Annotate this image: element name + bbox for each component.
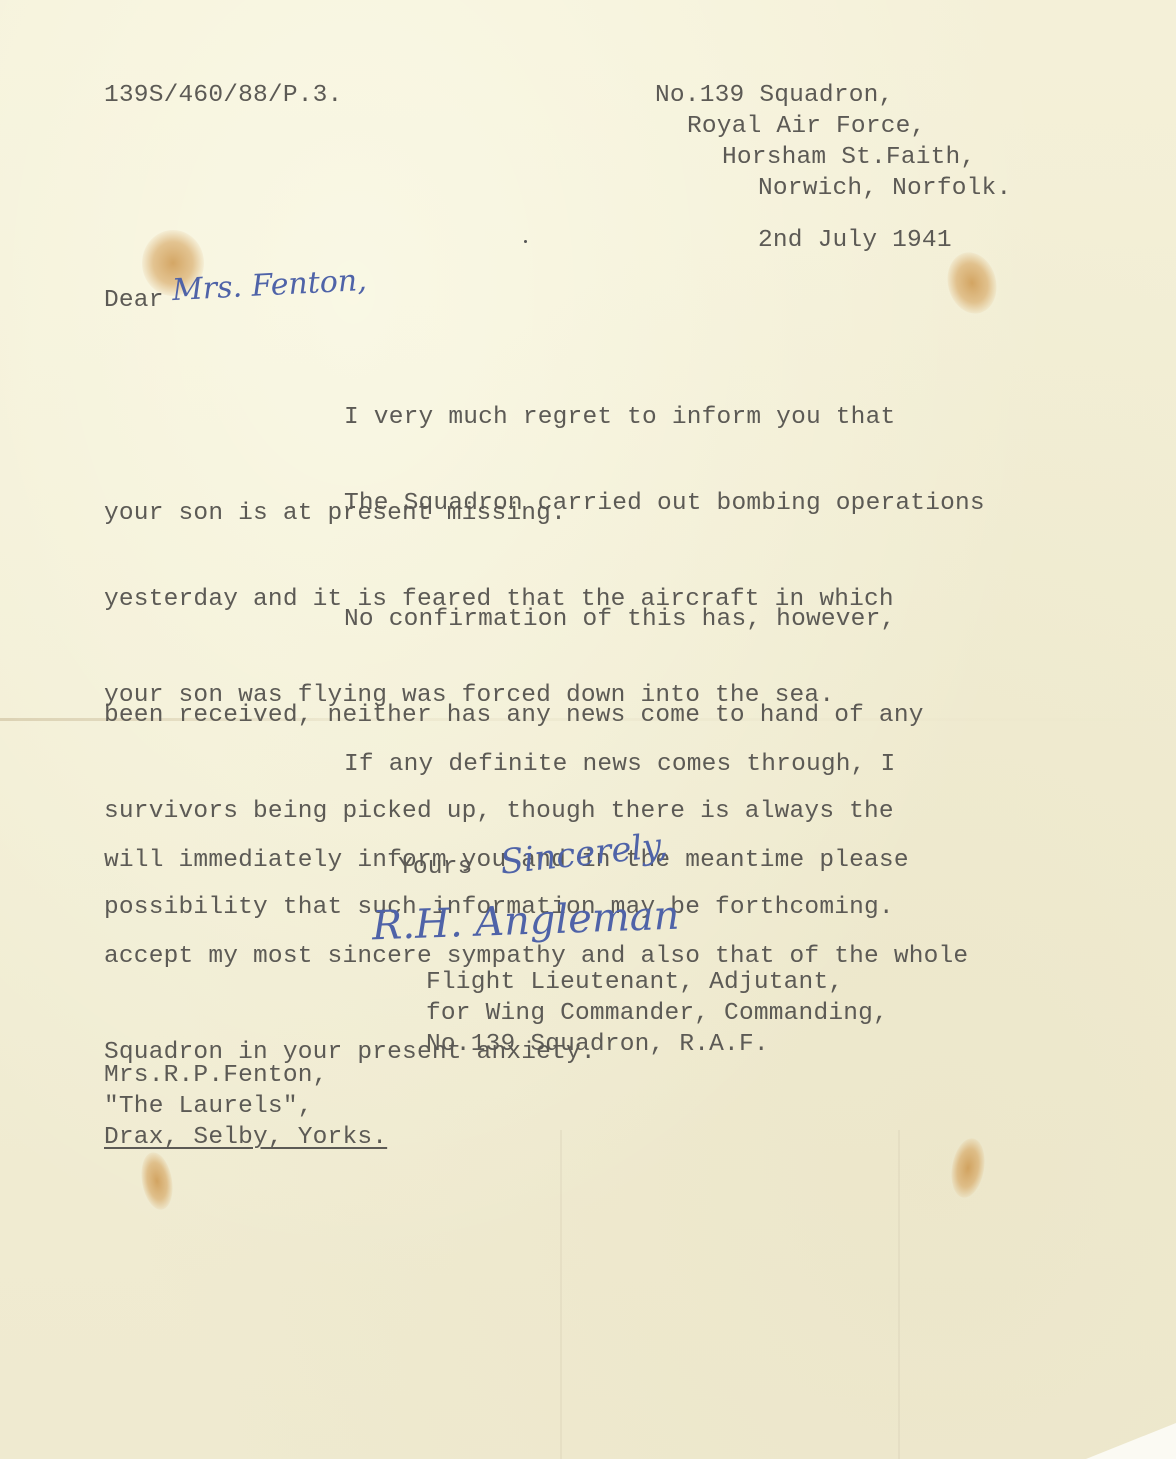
body-line: The Squadron carried out bombing operati… xyxy=(104,488,985,520)
salutation-typed: Dear xyxy=(104,285,164,317)
vertical-fold-crease xyxy=(560,1130,562,1459)
sender-address-line: No.139 Squadron, xyxy=(655,80,893,112)
recipient-address-line: "The Laurels", xyxy=(104,1091,313,1123)
recipient-address-line: Drax, Selby, Yorks. xyxy=(104,1122,387,1154)
body-line: No confirmation of this has, however, xyxy=(104,604,924,636)
letter-date: 2nd July 1941 xyxy=(758,225,952,257)
closing-typed: Yours xyxy=(398,852,473,884)
sender-address-line: Norwich, Norfolk. xyxy=(758,173,1011,205)
vertical-fold-crease xyxy=(898,1130,900,1459)
signatory-title-line: No.139 Squadron, R.A.F. xyxy=(426,1029,769,1061)
sender-address-line: Horsham St.Faith, xyxy=(722,142,975,174)
signatory-title-line: for Wing Commander, Commanding, xyxy=(426,998,888,1030)
reference-number: 139S/460/88/P.3. xyxy=(104,80,342,112)
sender-address-line: Royal Air Force, xyxy=(687,111,925,143)
page-corner-fold xyxy=(1086,1423,1176,1459)
recipient-address-line: Mrs.R.P.Fenton, xyxy=(104,1060,328,1092)
body-line: If any definite news comes through, I xyxy=(104,749,968,781)
signatory-title-line: Flight Lieutenant, Adjutant, xyxy=(426,967,843,999)
ink-speck xyxy=(524,240,527,243)
